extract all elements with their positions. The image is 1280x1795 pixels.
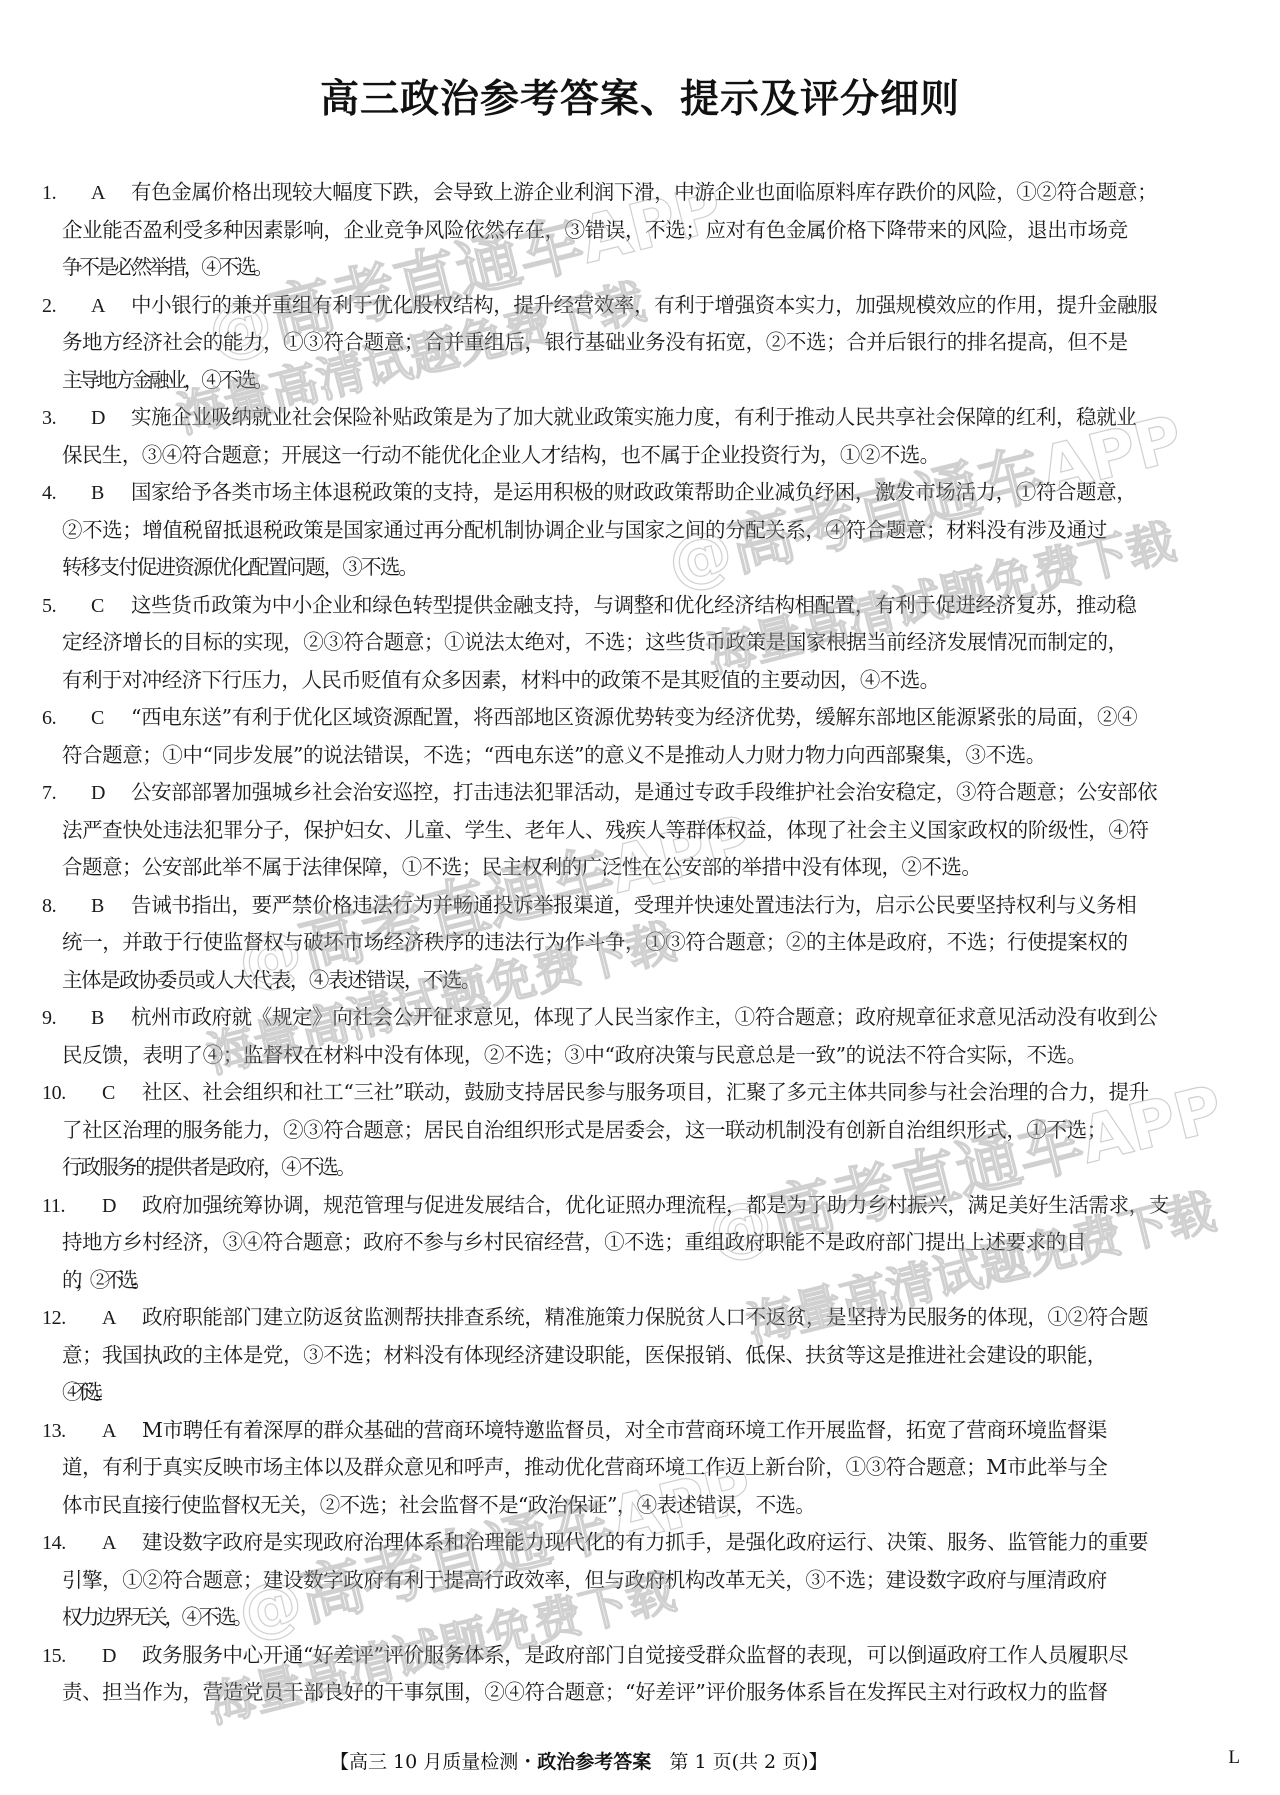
explanation-text: M市聘任有着深厚的群众基础的营商环境特邀监督员，对全市营商环境工作开展监督，拓宽… xyxy=(142,1418,1107,1442)
answer-continuation-line: 转移支付促进资源优化配置问题，③不选。 xyxy=(0,549,1280,587)
answer-choice: D xyxy=(102,1638,142,1676)
answer-first-line: 9.B杭州市政府就《规定》向社会公开征求意见，体现了人民当家作主，①符合题意；政… xyxy=(0,999,1280,1037)
explanation-text: 政府职能部门建立防返贫监测帮扶排查系统，精准施策力保脱贫人口不返贫，是坚持为民服… xyxy=(142,1305,1148,1329)
explanation-text: 意；我国执政的主体是党，③不选；材料没有体现经济建设职能，医保报销、低保、扶贫等… xyxy=(62,1343,1107,1367)
answer-continuation-line: 权力边界无关，④不选。 xyxy=(0,1599,1280,1637)
answer-continuation-line: 意；我国执政的主体是党，③不选；材料没有体现经济建设职能，医保报销、低保、扶贫等… xyxy=(0,1337,1280,1375)
explanation-text: 保民生，③④符合题意；开展这一行动不能优化企业人才结构，也不属于企业投资行为，①… xyxy=(62,443,940,467)
explanation-text: ④不选。 xyxy=(62,1380,104,1404)
explanation-text: 转移支付促进资源优化配置问题，③不选。 xyxy=(62,555,417,579)
answer-continuation-line: 务地方经济社会的能力，①③符合题意；合并重组后，银行基础业务没有拓宽，②不选；合… xyxy=(0,324,1280,362)
explanation-text: 了社区治理的服务能力，②③符合题意；居民自治组织形式是居委会，这一联动机制没有创… xyxy=(62,1118,1107,1142)
page-title: 高三政治参考答案、提示及评分细则 xyxy=(0,68,1280,124)
explanation-text: 实施企业吸纳就业社会保险补贴政策是为了加大就业政策实施力度，有利于推动人民共享社… xyxy=(131,405,1136,429)
answer-continuation-line: 了社区治理的服务能力，②③符合题意；居民自治组织形式是居委会，这一联动机制没有创… xyxy=(0,1112,1280,1150)
answer-first-line: 15.D政务服务中心开通“好差评”评价服务体系，是政府部门自觉接受群众监督的表现… xyxy=(0,1637,1280,1675)
answer-choice: B xyxy=(91,475,131,513)
footer-subject: 政治参考答案 xyxy=(537,1751,651,1773)
answer-first-line: 4.B国家给予各类市场主体退税政策的支持，是运用积极的财政政策帮助企业减负纾困，… xyxy=(0,474,1280,512)
explanation-text: 的，②不选。 xyxy=(62,1268,145,1292)
answer-choice: C xyxy=(91,588,131,626)
answer-first-line: 8.B告诫书指出，要严禁价格违法行为并畅通投诉举报渠道，受理并快速处置违法行为，… xyxy=(0,887,1280,925)
answer-continuation-line: 符合题意；①中“同步发展”的说法错误，不选；“西电东送”的意义不是推动人力财力物… xyxy=(0,737,1280,775)
explanation-text: 符合题意；①中“同步发展”的说法错误，不选；“西电东送”的意义不是推动人力财力物… xyxy=(62,743,1046,767)
answer-continuation-line: 行政服务的提供者是政府，④不选。 xyxy=(0,1149,1280,1187)
question-number: 12. xyxy=(42,1300,102,1338)
answer-item: 11.D政府加强统筹协调，规范管理与促进发展结合，优化证照办理流程，都是为了助力… xyxy=(0,1187,1280,1300)
answer-continuation-line: 持地方乡村经济，③④符合题意；政府不参与乡村民宿经营，①不选；重组政府职能不是政… xyxy=(0,1224,1280,1262)
explanation-text: 引擎，①②符合题意；建设数字政府有利于提高行政效率，但与政府机构改革无关，③不选… xyxy=(62,1568,1107,1592)
explanation-text: 持地方乡村经济，③④符合题意；政府不参与乡村民宿经营，①不选；重组政府职能不是政… xyxy=(62,1230,1086,1254)
answer-item: 13.AM市聘任有着深厚的群众基础的营商环境特邀监督员，对全市营商环境工作开展监… xyxy=(0,1412,1280,1525)
footer-page-number: 第 1 页(共 2 页) xyxy=(669,1751,808,1773)
explanation-text: 中小银行的兼并重组有利于优化股权结构，提升经营效率，有利于增强资本实力，加强规模… xyxy=(131,293,1157,317)
answer-first-line: 2.A中小银行的兼并重组有利于优化股权结构，提升经营效率，有利于增强资本实力，加… xyxy=(0,287,1280,325)
explanation-text: 政务服务中心开通“好差评”评价服务体系，是政府部门自觉接受群众监督的表现，可以倒… xyxy=(142,1643,1128,1667)
answer-continuation-line: 法严查快处违法犯罪分子，保护妇女、儿童、学生、老年人、残疾人等群体权益，体现了社… xyxy=(0,812,1280,850)
answer-choice: C xyxy=(102,1075,142,1113)
answer-item: 2.A中小银行的兼并重组有利于优化股权结构，提升经营效率，有利于增强资本实力，加… xyxy=(0,287,1280,400)
explanation-text: 责、担当作为，营造党员干部良好的干事氛围，②④符合题意；“好差评”评价服务体系旨… xyxy=(62,1680,1108,1704)
answer-continuation-line: 道，有利于真实反映市场主体以及群众意见和呼声，推动优化营商环境工作迈上新台阶，①… xyxy=(0,1449,1280,1487)
explanation-text: 政府加强统筹协调，规范管理与促进发展结合，优化证照办理流程，都是为了助力乡村振兴… xyxy=(142,1193,1169,1217)
question-number: 5. xyxy=(42,588,91,626)
explanation-text: 国家给予各类市场主体退税政策的支持，是运用积极的财政政策帮助企业减负纾困，激发市… xyxy=(131,480,1136,504)
answer-item: 7.D公安部部署加强城乡社会治安巡控，打击违法犯罪活动，是通过专政手段维护社会治… xyxy=(0,774,1280,887)
answer-first-line: 12.A政府职能部门建立防返贫监测帮扶排查系统，精准施策力保脱贫人口不返贫，是坚… xyxy=(0,1299,1280,1337)
answer-choice: A xyxy=(91,175,131,213)
answer-choice: B xyxy=(91,888,131,926)
answer-first-line: 3.D实施企业吸纳就业社会保险补贴政策是为了加大就业政策实施力度，有利于推动人民… xyxy=(0,399,1280,437)
explanation-text: 合题意；公安部此举不属于法律保障，①不选；民主权利的广泛性在公安部的举措中没有体… xyxy=(62,855,981,879)
explanation-text: 主体是政协委员或人大代表，④表述错误，不选。 xyxy=(62,968,480,992)
explanation-text: 争不是必然举措，④不选。 xyxy=(62,255,271,279)
question-number: 1. xyxy=(42,175,91,213)
answer-item: 3.D实施企业吸纳就业社会保险补贴政策是为了加大就业政策实施力度，有利于推动人民… xyxy=(0,399,1280,474)
question-number: 2. xyxy=(42,288,91,326)
answer-continuation-line: 企业能否盈利受多种因素影响，企业竞争风险依然存在，③错误，不选；应对有色金属价格… xyxy=(0,212,1280,250)
answer-item: 14.A建设数字政府是实现政府治理体系和治理能力现代化的有力抓手，是强化政府运行… xyxy=(0,1524,1280,1637)
explanation-text: 务地方经济社会的能力，①③符合题意；合并重组后，银行基础业务没有拓宽，②不选；合… xyxy=(62,330,1128,354)
answer-continuation-line: 民反馈，表明了④；监督权在材料中没有体现，②不选；③中“政府决策与民意总是一致”… xyxy=(0,1037,1280,1075)
explanation-text: 建设数字政府是实现政府治理体系和治理能力现代化的有力抓手，是强化政府运行、决策、… xyxy=(142,1530,1148,1554)
answer-item: 15.D政务服务中心开通“好差评”评价服务体系，是政府部门自觉接受群众监督的表现… xyxy=(0,1637,1280,1712)
question-number: 7. xyxy=(42,775,91,813)
answer-first-line: 10.C社区、社会组织和社工“三社”联动，鼓励支持居民参与服务项目，汇聚了多元主… xyxy=(0,1074,1280,1112)
answer-first-line: 5.C这些货币政策为中小企业和绿色转型提供金融支持，与调整和优化经济结构相配置，… xyxy=(0,587,1280,625)
question-number: 6. xyxy=(42,700,91,738)
explanation-text: “西电东送”有利于优化区域资源配置，将西部地区资源优势转变为经济优势，缓解东部地… xyxy=(131,705,1137,729)
answer-first-line: 7.D公安部部署加强城乡社会治安巡控，打击违法犯罪活动，是通过专政手段维护社会治… xyxy=(0,774,1280,812)
explanation-text: 定经济增长的目标的实现，②③符合题意；①说法太绝对，不选；这些货币政策是国家根据… xyxy=(62,630,1128,654)
explanation-text: 杭州市政府就《规定》向社会公开征求意见，体现了人民当家作主，①符合题意；政府规章… xyxy=(131,1005,1157,1029)
footer-bracket-right: 】 xyxy=(809,1751,828,1773)
answer-first-line: 13.AM市聘任有着深厚的群众基础的营商环境特邀监督员，对全市营商环境工作开展监… xyxy=(0,1412,1280,1450)
answer-continuation-line: 定经济增长的目标的实现，②③符合题意；①说法太绝对，不选；这些货币政策是国家根据… xyxy=(0,624,1280,662)
answer-item: 12.A政府职能部门建立防返贫监测帮扶排查系统，精准施策力保脱贫人口不返贫，是坚… xyxy=(0,1299,1280,1412)
explanation-text: 告诫书指出，要严禁价格违法行为并畅通投诉举报渠道，受理并快速处置违法行为，启示公… xyxy=(131,893,1136,917)
explanation-text: 体市民直接行使监督权无关，②不选；社会监督不是“政治保证”，④表述错误，不选。 xyxy=(62,1493,815,1517)
footer-version-code: L xyxy=(1228,1747,1240,1769)
question-number: 4. xyxy=(42,475,91,513)
explanation-text: ②不选；增值税留抵退税政策是国家通过再分配机制协调企业与国家之间的分配关系，④符… xyxy=(62,518,1107,542)
answer-first-line: 14.A建设数字政府是实现政府治理体系和治理能力现代化的有力抓手，是强化政府运行… xyxy=(0,1524,1280,1562)
answer-continuation-line: 合题意；公安部此举不属于法律保障，①不选；民主权利的广泛性在公安部的举措中没有体… xyxy=(0,849,1280,887)
explanation-text: 公安部部署加强城乡社会治安巡控，打击违法犯罪活动，是通过专政手段维护社会治安稳定… xyxy=(131,780,1157,804)
answer-continuation-line: 有利于对冲经济下行压力，人民币贬值有众多因素，材料中的政策不是其贬值的主要动因，… xyxy=(0,662,1280,700)
question-number: 3. xyxy=(42,400,91,438)
answer-first-line: 11.D政府加强统筹协调，规范管理与促进发展结合，优化证照办理流程，都是为了助力… xyxy=(0,1187,1280,1225)
answer-continuation-line: 体市民直接行使监督权无关，②不选；社会监督不是“政治保证”，④表述错误，不选。 xyxy=(0,1487,1280,1525)
answer-continuation-line: 责、担当作为，营造党员干部良好的干事氛围，②④符合题意；“好差评”评价服务体系旨… xyxy=(0,1674,1280,1712)
explanation-text: 行政服务的提供者是政府，④不选。 xyxy=(62,1155,354,1179)
answer-choice: D xyxy=(91,775,131,813)
footer-bracket-left: 【 xyxy=(330,1751,349,1773)
answer-choice: A xyxy=(102,1413,142,1451)
footer-exam-name: 高三 10 月质量检测・ xyxy=(349,1751,537,1773)
answer-continuation-line: 保民生，③④符合题意；开展这一行动不能优化企业人才结构，也不属于企业投资行为，①… xyxy=(0,437,1280,475)
answer-continuation-line: 主导地方金融业，④不选。 xyxy=(0,362,1280,400)
explanation-text: 有色金属价格出现较大幅度下跌，会导致上游企业利润下滑，中游企业也面临原料库存跌价… xyxy=(131,180,1157,204)
answer-continuation-line: ④不选。 xyxy=(0,1374,1280,1412)
answer-continuation-line: 引擎，①②符合题意；建设数字政府有利于提高行政效率，但与政府机构改革无关，③不选… xyxy=(0,1562,1280,1600)
answer-choice: A xyxy=(91,288,131,326)
answer-continuation-line: 统一，并敢于行使监督权与破坏市场经济秩序的违法行为作斗争，①③符合题意；②的主体… xyxy=(0,924,1280,962)
explanation-text: 民反馈，表明了④；监督权在材料中没有体现，②不选；③中“政府决策与民意总是一致”… xyxy=(62,1043,1087,1067)
question-number: 11. xyxy=(42,1188,102,1226)
answer-first-line: 6.C“西电东送”有利于优化区域资源配置，将西部地区资源优势转变为经济优势，缓解… xyxy=(0,699,1280,737)
explanation-text: 有利于对冲经济下行压力，人民币贬值有众多因素，材料中的政策不是其贬值的主要动因，… xyxy=(62,668,940,692)
answer-continuation-line: 主体是政协委员或人大代表，④表述错误，不选。 xyxy=(0,962,1280,1000)
answer-list: 1.A有色金属价格出现较大幅度下跌，会导致上游企业利润下滑，中游企业也面临原料库… xyxy=(0,174,1280,1712)
answer-choice: A xyxy=(102,1300,142,1338)
question-number: 8. xyxy=(42,888,91,926)
answer-choice: D xyxy=(91,400,131,438)
answer-item: 9.B杭州市政府就《规定》向社会公开征求意见，体现了人民当家作主，①符合题意；政… xyxy=(0,999,1280,1074)
answer-continuation-line: 的，②不选。 xyxy=(0,1262,1280,1300)
answer-continuation-line: ②不选；增值税留抵退税政策是国家通过再分配机制协调企业与国家之间的分配关系，④符… xyxy=(0,512,1280,550)
explanation-text: 道，有利于真实反映市场主体以及群众意见和呼声，推动优化营商环境工作迈上新台阶，①… xyxy=(62,1455,1107,1479)
question-number: 14. xyxy=(42,1525,102,1563)
explanation-text: 这些货币政策为中小企业和绿色转型提供金融支持，与调整和优化经济结构相配置，有利于… xyxy=(131,593,1136,617)
question-number: 15. xyxy=(42,1638,102,1676)
explanation-text: 统一，并敢于行使监督权与破坏市场经济秩序的违法行为作斗争，①③符合题意；②的主体… xyxy=(62,930,1128,954)
answer-first-line: 1.A有色金属价格出现较大幅度下跌，会导致上游企业利润下滑，中游企业也面临原料库… xyxy=(0,174,1280,212)
explanation-text: 权力边界无关，④不选。 xyxy=(62,1605,250,1629)
question-number: 9. xyxy=(42,1000,91,1038)
answer-item: 5.C这些货币政策为中小企业和绿色转型提供金融支持，与调整和优化经济结构相配置，… xyxy=(0,587,1280,700)
answer-item: 10.C社区、社会组织和社工“三社”联动，鼓励支持居民参与服务项目，汇聚了多元主… xyxy=(0,1074,1280,1187)
answer-choice: A xyxy=(102,1525,142,1563)
answer-item: 6.C“西电东送”有利于优化区域资源配置，将西部地区资源优势转变为经济优势，缓解… xyxy=(0,699,1280,774)
explanation-text: 社区、社会组织和社工“三社”联动，鼓励支持居民参与服务项目，汇聚了多元主体共同参… xyxy=(142,1080,1149,1104)
answer-choice: B xyxy=(91,1000,131,1038)
page-footer: 【高三 10 月质量检测・政治参考答案 第 1 页(共 2 页)】 L xyxy=(330,1747,1240,1774)
answer-item: 4.B国家给予各类市场主体退税政策的支持，是运用积极的财政政策帮助企业减负纾困，… xyxy=(0,474,1280,587)
explanation-text: 主导地方金融业，④不选。 xyxy=(62,368,271,392)
question-number: 10. xyxy=(42,1075,102,1113)
answer-item: 8.B告诫书指出，要严禁价格违法行为并畅通投诉举报渠道，受理并快速处置违法行为，… xyxy=(0,887,1280,1000)
answer-choice: D xyxy=(102,1188,142,1226)
explanation-text: 企业能否盈利受多种因素影响，企业竞争风险依然存在，③错误，不选；应对有色金属价格… xyxy=(62,218,1128,242)
explanation-text: 法严查快处违法犯罪分子，保护妇女、儿童、学生、老年人、残疾人等群体权益，体现了社… xyxy=(62,818,1149,842)
answer-continuation-line: 争不是必然举措，④不选。 xyxy=(0,249,1280,287)
question-number: 13. xyxy=(42,1413,102,1451)
answer-choice: C xyxy=(91,700,131,738)
answer-item: 1.A有色金属价格出现较大幅度下跌，会导致上游企业利润下滑，中游企业也面临原料库… xyxy=(0,174,1280,287)
